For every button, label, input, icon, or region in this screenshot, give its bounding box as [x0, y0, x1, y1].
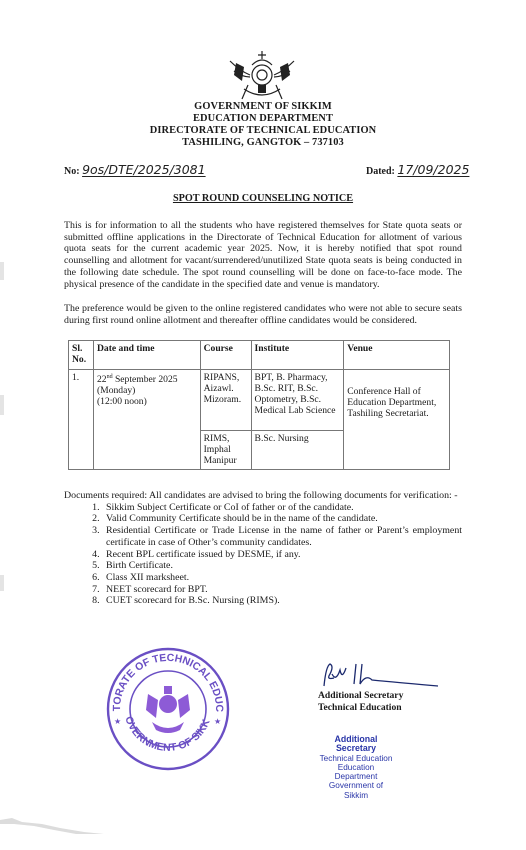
list-item: Sikkim Subject Certificate or CoI of fat…: [102, 502, 462, 514]
stamp-line-1: Technical Education: [316, 754, 396, 763]
stamp-title: Additional Secretary: [316, 735, 396, 754]
cell-date-time: 22nd September 2025 (Monday) (12:00 noon…: [93, 370, 200, 470]
date-day: 22: [97, 374, 107, 385]
office-stamp: Additional Secretary Technical Education…: [316, 735, 396, 800]
signatory-designation: Additional Secretary: [318, 690, 403, 702]
list-item: Class XII marksheet.: [102, 572, 462, 584]
documents-intro: Documents required: All candidates are a…: [64, 490, 462, 502]
notice-title: SPOT ROUND COUNSELING NOTICE: [0, 193, 526, 204]
signature-block: Additional Secretary Technical Education: [318, 690, 403, 713]
table-header-row: Sl. No. Date and time Course Institute V…: [69, 341, 450, 370]
signatory-department: Technical Education: [318, 702, 403, 714]
list-item: CUET scorecard for B.Sc. Nursing (RIMS).: [102, 595, 462, 607]
col-header-institute: Institute: [251, 341, 344, 370]
preference-paragraph: The preference would be given to the onl…: [64, 303, 462, 326]
cell-institute: BPT, B. Pharmacy, B.Sc. RIT, B.Sc. Optom…: [251, 370, 344, 431]
stamp-line-2: Education Department: [316, 763, 396, 782]
scan-smudge: [0, 812, 140, 834]
scan-margin-mark: [0, 395, 4, 415]
sikkim-state-emblem-icon: [222, 45, 302, 105]
scan-margin-mark: [0, 575, 4, 591]
intro-paragraph: This is for information to all the stude…: [64, 220, 462, 290]
list-item: Residential Certificate or Trade License…: [102, 525, 462, 548]
svg-text:★: ★: [214, 717, 221, 726]
list-item: Valid Community Certificate should be in…: [102, 513, 462, 525]
list-item: NEET scorecard for BPT.: [102, 584, 462, 596]
scan-margin-mark: [0, 262, 4, 280]
documents-section: Documents required: All candidates are a…: [64, 490, 462, 607]
handwritten-signature-icon: [322, 660, 440, 690]
reference-date-value: 17/09/2025: [397, 162, 469, 177]
col-header-venue: Venue: [344, 341, 450, 370]
svg-text:★: ★: [114, 717, 121, 726]
date-time: (12:00 noon): [97, 396, 147, 407]
header-department: EDUCATION DEPARTMENT: [0, 113, 526, 125]
reference-number-value: 9os/DTE/2025/3081: [82, 162, 206, 177]
header-government: GOVERNMENT OF SIKKIM: [0, 101, 526, 113]
reference-date: Dated: 17/09/2025: [366, 162, 469, 177]
documents-list: Sikkim Subject Certificate or CoI of fat…: [64, 502, 462, 607]
cell-course: RIMS, Imphal Manipur: [200, 431, 251, 470]
cell-venue: Conference Hall of Education Department,…: [344, 370, 450, 470]
table-row: 1. 22nd September 2025 (Monday) (12:00 n…: [69, 370, 450, 431]
reference-number: No: 9os/DTE/2025/3081: [64, 162, 206, 177]
date-weekday: (Monday): [97, 385, 135, 396]
list-item: Birth Certificate.: [102, 560, 462, 572]
header-address: TASHILING, GANGTOK – 737103: [0, 137, 526, 149]
col-header-date-time: Date and time: [93, 341, 200, 370]
reference-number-label: No:: [64, 166, 80, 177]
header-directorate: DIRECTORATE OF TECHNICAL EDUCATION: [0, 125, 526, 137]
stamp-line-3: Government of Sikkim: [316, 781, 396, 800]
schedule-table: Sl. No. Date and time Course Institute V…: [68, 340, 450, 470]
date-month-year: September 2025: [113, 374, 178, 385]
col-header-course: Course: [200, 341, 251, 370]
reference-date-label: Dated:: [366, 166, 395, 177]
col-header-sl-no: Sl. No.: [69, 341, 94, 370]
cell-sl-no: 1.: [69, 370, 94, 470]
cell-course: RIPANS, Aizawl. Mizoram.: [200, 370, 251, 431]
list-item: Recent BPL certificate issued by DESME, …: [102, 549, 462, 561]
cell-institute: B.Sc. Nursing: [251, 431, 344, 470]
directorate-round-seal-icon: DIRECTORATE OF TECHNICAL EDUCATION GOVER…: [100, 642, 236, 776]
